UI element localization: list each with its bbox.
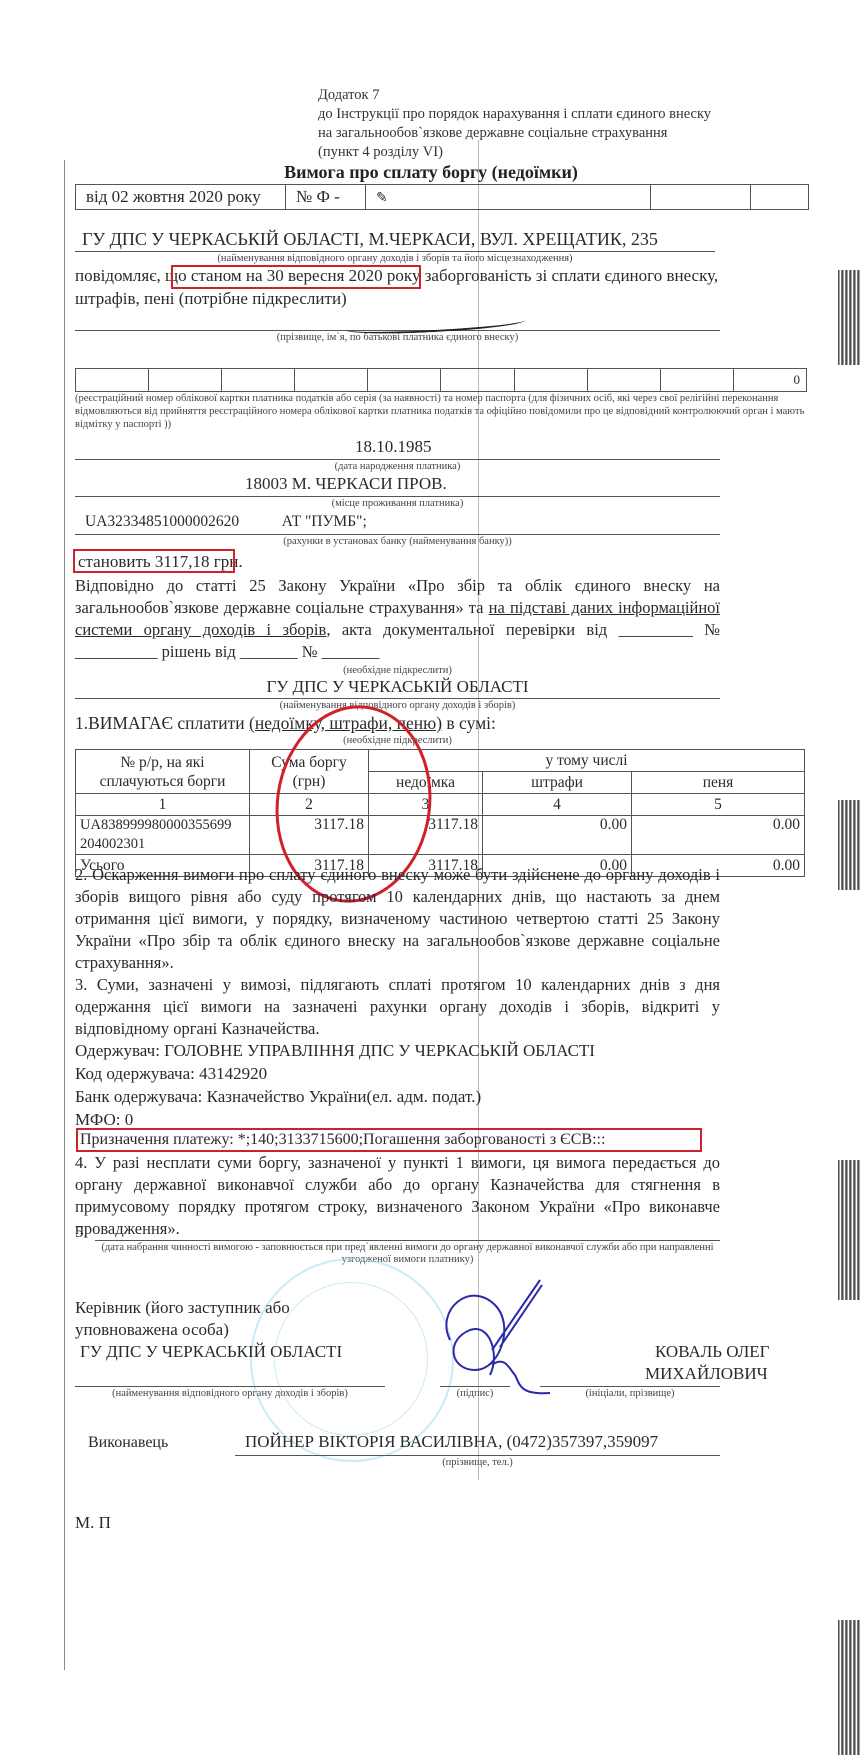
registration-caption: (реєстраційний номер облікової картки пл… (75, 392, 805, 431)
signatory-role-line-2: уповноважена особа) (75, 1320, 229, 1340)
executor-caption: (прізвище, тел.) (235, 1457, 720, 1468)
date-number-row: від 02 жовтня 2020 року № Ф - ✎ (75, 184, 809, 210)
basis-caption: (необхідне підкреслити) (75, 665, 720, 676)
recipient-bank: Банк одержувача: Казначейство України(ел… (75, 1087, 481, 1107)
executor-label: Виконавець (88, 1434, 168, 1452)
column-number-row: 1 2 3 4 5 (76, 794, 805, 816)
header-including: у тому числі (369, 750, 805, 772)
header-account: № р/р, на які сплачуються борги (76, 750, 250, 794)
appendix-line-3: (пункт 4 розділу VI) (318, 143, 711, 162)
signatory-role-line-1: Керівник (його заступник або (75, 1298, 290, 1318)
header-fines: штрафи (483, 772, 632, 794)
purpose-highlight-box (76, 1128, 702, 1152)
signatory-organization: ГУ ДПС У ЧЕРКАСЬКІЙ ОБЛАСТІ (80, 1342, 342, 1362)
registration-number-boxes: 0 (75, 368, 807, 392)
authority-short-caption: (найменування відповідного органу доході… (75, 700, 720, 711)
notice-line-2: штрафів, пені (потрібне підкреслити) (75, 289, 347, 309)
document-title: Вимога про сплату боргу (недоїмки) (0, 162, 862, 183)
signature (430, 1275, 570, 1400)
birth-date-caption: (дата народження платника) (75, 461, 720, 472)
page-left-border (64, 160, 65, 1670)
paragraph-5: 5. (75, 1222, 88, 1242)
appendix-header: Додаток 7 до Інструкції про порядок нара… (318, 86, 711, 162)
bank-account: UA32334851000002620 АТ "ПУМБ"; (85, 513, 367, 531)
appendix-line-2: на загальнообов`язкове державне соціальн… (318, 124, 711, 143)
stamp-place: М. П (75, 1513, 111, 1533)
authority-caption: (найменування відповідного органу доході… (75, 253, 715, 264)
document-date: від 02 жовтня 2020 року (76, 185, 286, 209)
executor-value: ПОЙНЕР ВІКТОРІЯ ВАСИЛІВНА, (0472)357397,… (245, 1432, 658, 1452)
authority-name: ГУ ДПС У ЧЕРКАСЬКІЙ ОБЛАСТІ, М.ЧЕРКАСИ, … (82, 229, 658, 250)
name-caption: (ініціали, прізвище) (540, 1388, 720, 1399)
scan-artifact (838, 1620, 860, 1755)
paragraph-2: 2. Оскарження вимоги про сплату єдиного … (75, 864, 720, 974)
scan-artifact (838, 1160, 860, 1300)
recipient-code: Код одержувача: 43142920 (75, 1064, 267, 1084)
date-highlight-box (171, 265, 421, 289)
appendix-line-1: до Інструкції про порядок нарахування і … (318, 105, 711, 124)
scan-artifact (838, 270, 860, 365)
signatory-name-line-1: КОВАЛЬ ОЛЕГ (655, 1342, 769, 1362)
residence-address: 18003 М. ЧЕРКАСИ ПРОВ. (245, 474, 447, 494)
demand-line: 1.ВИМАГАЄ сплатити (недоїмку, штрафи, пе… (75, 713, 496, 734)
birth-date: 18.10.1985 (355, 437, 432, 457)
signatory-name-line-2: МИХАЙЛОВИЧ (645, 1364, 768, 1384)
paragraph-3: 3. Суми, зазначені у вимозі, підлягають … (75, 974, 720, 1040)
signature-caption: (підпис) (440, 1388, 510, 1399)
paragraph-5-caption: (дата набрання чинності вимогою - заповн… (95, 1242, 720, 1266)
header-penalty: пеня (632, 772, 805, 794)
residence-caption: (місце проживання платника) (75, 498, 720, 509)
debt-table: № р/р, на які сплачуються борги Сума бор… (75, 749, 805, 877)
authority-short-name: ГУ ДПС У ЧЕРКАСЬКІЙ ОБЛАСТІ (75, 677, 720, 697)
scan-artifact (838, 800, 860, 890)
appendix-number: Додаток 7 (318, 86, 711, 105)
basis-paragraph: Відповідно до статті 25 Закону України «… (75, 575, 720, 663)
payer-name-caption: (прізвище, ім`я, по батькові платника єд… (75, 332, 720, 343)
mfo: МФО: 0 (75, 1110, 133, 1130)
table-row: UA838999980000355699 204002301 3117.18 3… (76, 816, 805, 855)
recipient: Одержувач: ГОЛОВНЕ УПРАВЛІННЯ ДПС У ЧЕРК… (75, 1041, 595, 1061)
amount-highlight-box (73, 549, 235, 573)
paragraph-4: 4. У разі несплати суми боргу, зазначено… (75, 1152, 720, 1240)
document-number-label: № Ф - (286, 185, 366, 209)
org-caption: (найменування відповідного органу доході… (75, 1388, 385, 1399)
bank-name: АТ "ПУМБ"; (282, 513, 367, 530)
document-number-value: ✎ (366, 185, 651, 209)
bank-caption: (рахунки в установах банку (найменування… (75, 536, 720, 547)
